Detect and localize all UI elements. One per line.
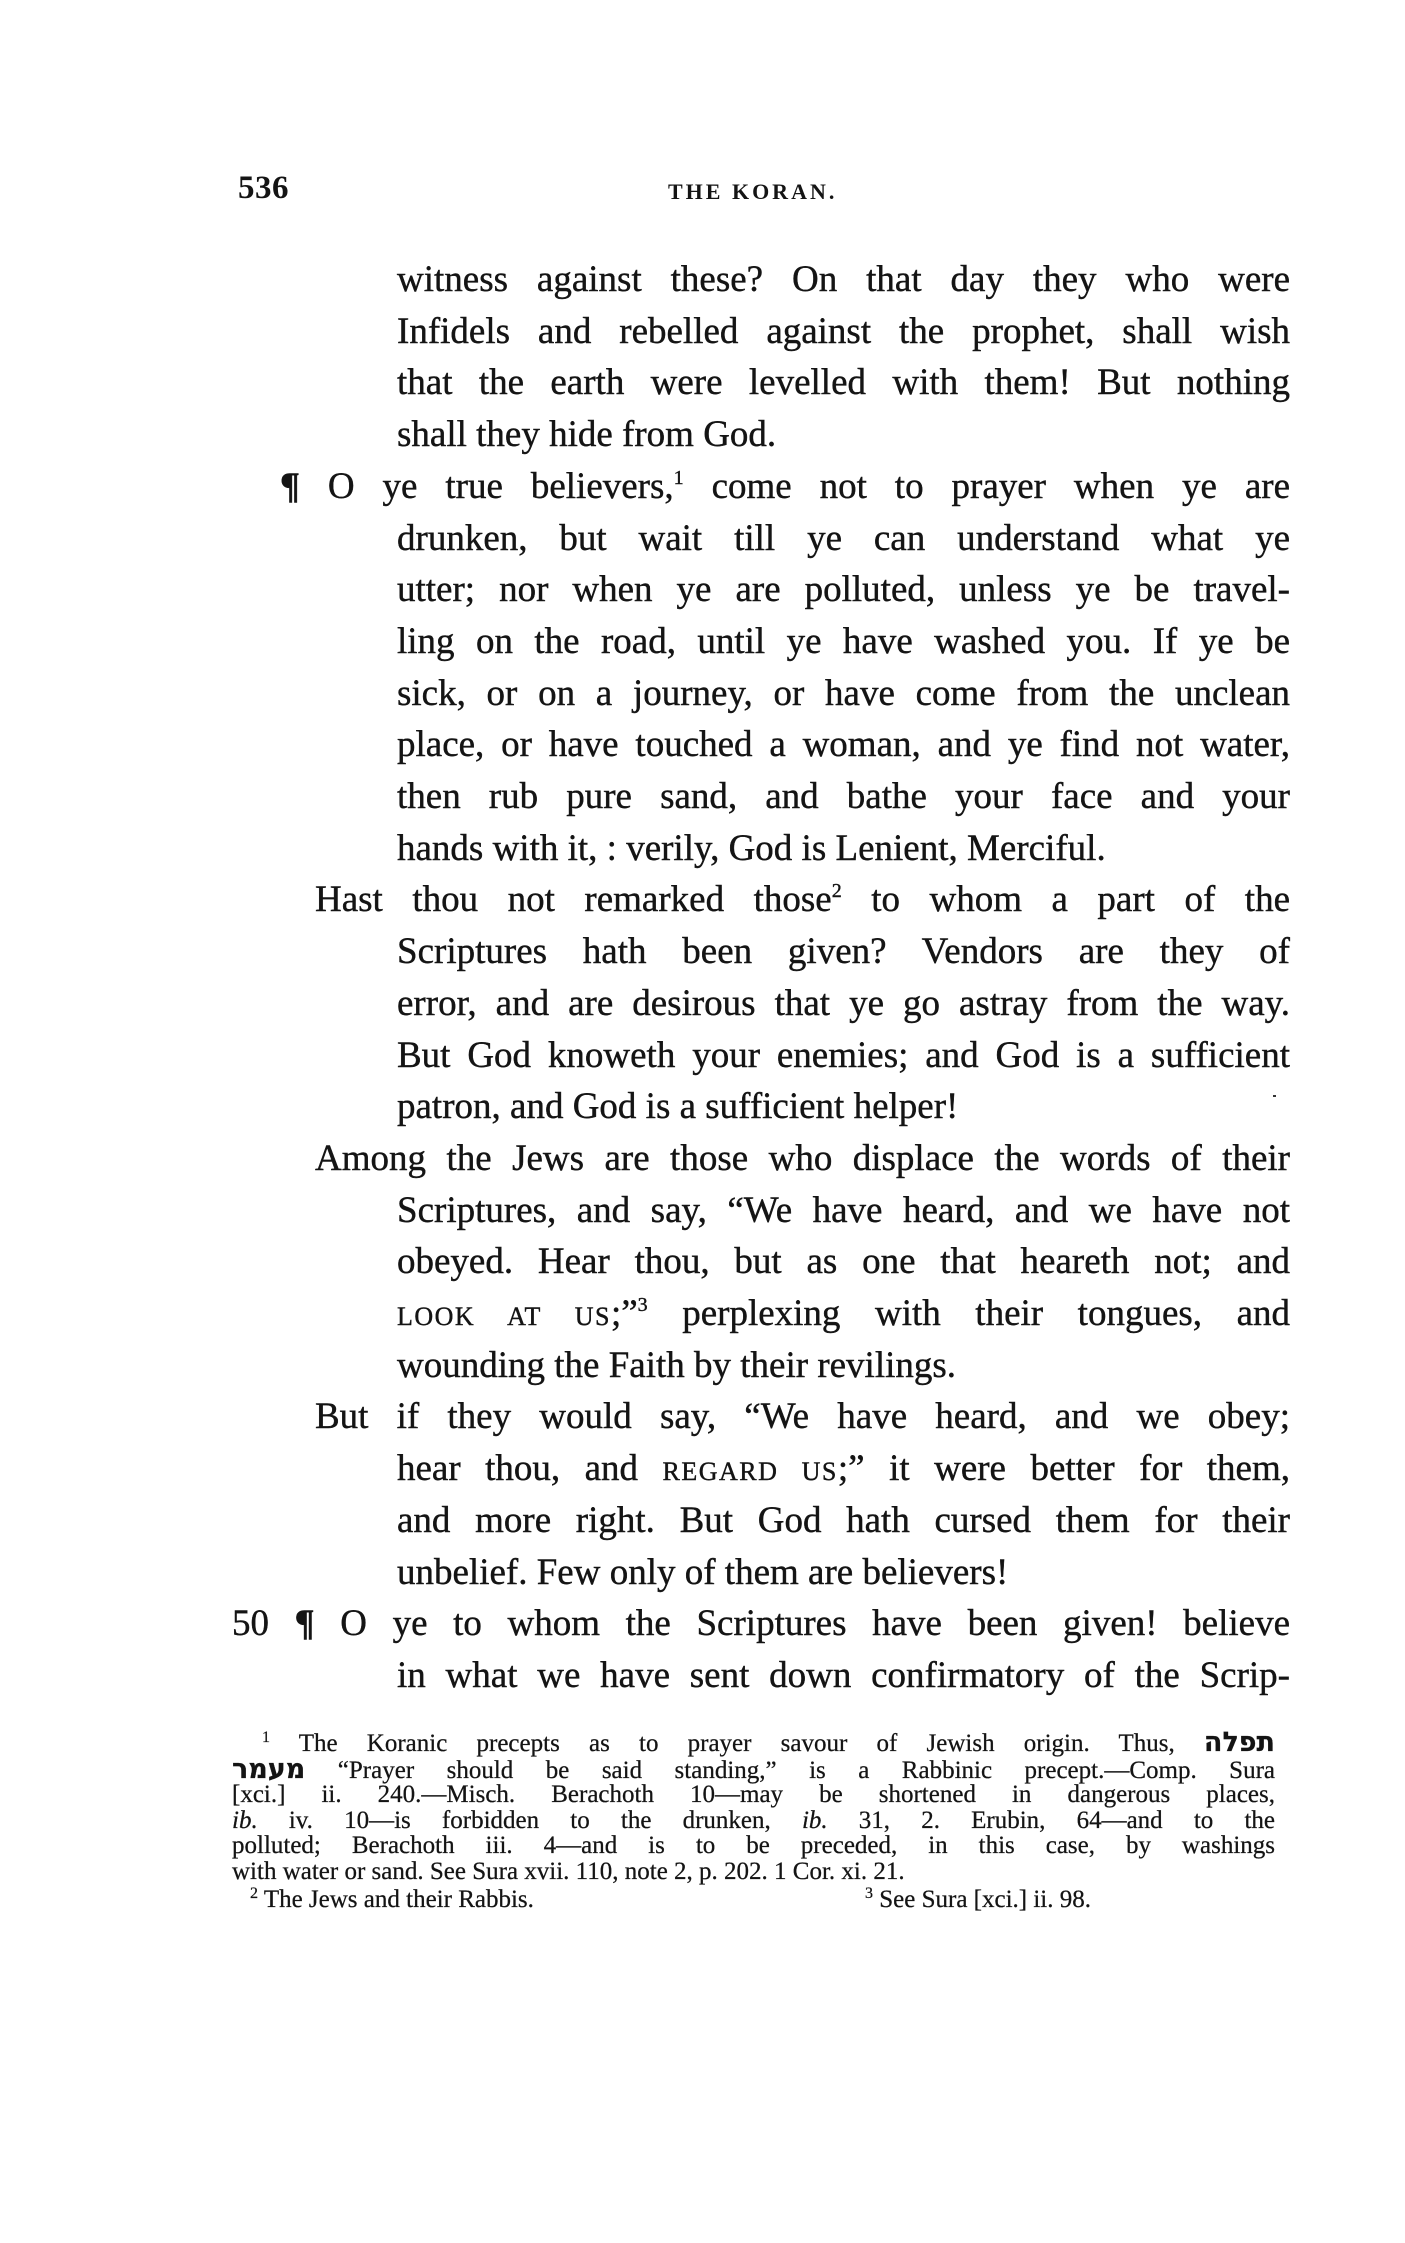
footnote-marker-1: 1 bbox=[262, 1729, 270, 1746]
footnote-ref-3[interactable]: 3 bbox=[638, 1294, 648, 1316]
text-line: utter; nor when ye are polluted, unless … bbox=[397, 564, 1290, 616]
paragraph-start-line: Among the Jews are those who displace th… bbox=[315, 1133, 1290, 1185]
footnote-text: with water or sand. See Sura xvii. 110, … bbox=[232, 1858, 905, 1885]
text-line: drunken, but wait till ye can understand… bbox=[397, 513, 1290, 565]
footnote-1-line: [xci.] ii. 240.—Misch. Berachoth 10—may … bbox=[232, 1782, 1275, 1808]
text-line: shall they hide from God. bbox=[397, 409, 1290, 461]
running-head: 536 THE KORAN. bbox=[0, 168, 1405, 208]
footnote-text: polluted; Berachoth iii. 4—and is to be … bbox=[232, 1832, 1275, 1859]
running-title: THE KORAN. bbox=[668, 172, 837, 212]
paragraph-start-line: But if they would say, “We have heard, a… bbox=[315, 1391, 1290, 1443]
hebrew-word: תפלה bbox=[1204, 1727, 1275, 1758]
footnote-1-line: polluted; Berachoth iii. 4—and is to be … bbox=[232, 1833, 1275, 1859]
text-line: place, or have touched a woman, and ye f… bbox=[397, 719, 1290, 771]
line-text: ;” bbox=[611, 1293, 638, 1334]
line-text: to whom a part of the bbox=[842, 879, 1290, 920]
text-line: then rub pure sand, and bathe your face … bbox=[397, 771, 1290, 823]
footnote-1-line: ib. iv. 10—is forbidden to the drunken, … bbox=[232, 1808, 1275, 1834]
text-line: hands with it, : verily, God is Lenient,… bbox=[397, 823, 1290, 875]
line-text: sick, or on a journey, or have come from… bbox=[397, 673, 1290, 714]
footnote-1-line: מעמר “Prayer should be said standing,” i… bbox=[232, 1757, 1275, 1783]
line-text: O ye to whom the Scriptures have been gi… bbox=[340, 1603, 1290, 1644]
text-line: error, and are desirous that ye go astra… bbox=[397, 978, 1290, 1030]
line-text: Scriptures hath been given? Vendors are … bbox=[397, 931, 1290, 972]
line-text: ling on the road, until ye have washed y… bbox=[397, 621, 1290, 662]
line-text: Hast thou not remarked those bbox=[315, 879, 832, 920]
footnote-italic: ib. bbox=[232, 1807, 258, 1834]
line-text: witness against these? On that day they … bbox=[397, 259, 1290, 300]
footnote-text: [xci.] ii. 240.—Misch. Berachoth 10—may … bbox=[232, 1781, 1275, 1808]
text-line: look at us;”3 perplexing with their tong… bbox=[397, 1288, 1290, 1340]
text-line: and more right. But God hath cursed them… bbox=[397, 1495, 1290, 1547]
footnote-1-line: with water or sand. See Sura xvii. 110, … bbox=[232, 1859, 1275, 1885]
footnote-1-line: 1 The Koranic precepts as to prayer savo… bbox=[262, 1730, 1275, 1756]
book-page: 536 THE KORAN. witness against these? On… bbox=[0, 0, 1405, 2243]
footnote-ref-2[interactable]: 2 bbox=[832, 880, 842, 902]
footnote-italic: ib. bbox=[802, 1807, 828, 1834]
line-text: ;” it were better for them, bbox=[838, 1448, 1290, 1489]
footnote-2: 2 The Jews and their Rabbis. bbox=[250, 1887, 534, 1913]
footnote-text: iv. 10—is forbidden to the drunken, bbox=[258, 1807, 802, 1834]
line-text: hear thou, and bbox=[397, 1448, 663, 1489]
text-line: unbelief. Few only of them are believers… bbox=[397, 1547, 1290, 1599]
small-caps-text: look at us bbox=[397, 1302, 611, 1331]
line-text: in what we have sent down confirmatory o… bbox=[397, 1655, 1290, 1696]
footnote-text: See Sura [xci.] ii. 98. bbox=[879, 1886, 1091, 1913]
pilcrow-icon: ¶ bbox=[295, 1603, 315, 1644]
line-text: But God knoweth your enemies; and God is… bbox=[397, 1035, 1290, 1076]
text-line: wounding the Faith by their revilings. bbox=[397, 1340, 1290, 1392]
line-text: error, and are desirous that ye go astra… bbox=[397, 983, 1290, 1024]
line-text: obeyed. Hear thou, but as one that heare… bbox=[397, 1241, 1290, 1282]
text-line: witness against these? On that day they … bbox=[397, 254, 1290, 306]
page-number: 536 bbox=[238, 168, 289, 208]
paragraph-start-line: Hast thou not remarked those2 to whom a … bbox=[315, 874, 1290, 926]
footnote-text: 31, 2. Erubin, 64—and to the bbox=[828, 1807, 1275, 1834]
footnote-marker-2: 2 bbox=[250, 1885, 258, 1902]
line-text: But if they would say, “We have heard, a… bbox=[315, 1396, 1290, 1437]
line-text: unbelief. Few only of them are believers… bbox=[397, 1552, 1008, 1593]
line-text: hands with it, : verily, God is Lenient,… bbox=[397, 828, 1106, 869]
line-text: that the earth were levelled with them! … bbox=[397, 362, 1290, 403]
text-line: Scriptures hath been given? Vendors are … bbox=[397, 926, 1290, 978]
text-line: ling on the road, until ye have washed y… bbox=[397, 616, 1290, 668]
footnote-text: The Koranic precepts as to prayer savour… bbox=[299, 1730, 1175, 1757]
text-line: hear thou, and regard us;” it were bette… bbox=[397, 1443, 1290, 1495]
footnote-3: 3 See Sura [xci.] ii. 98. bbox=[865, 1887, 1091, 1913]
verse-number: 50 bbox=[232, 1603, 269, 1644]
hebrew-word: מעמר bbox=[232, 1754, 305, 1785]
line-text: come not to prayer when ye are bbox=[684, 466, 1290, 507]
paragraph-start-line: ¶ O ye true believers,1 come not to pray… bbox=[280, 461, 1290, 513]
footnote-text: The Jews and their Rabbis. bbox=[264, 1886, 534, 1913]
line-text: Scriptures, and say, “We have heard, and… bbox=[397, 1190, 1290, 1231]
verse-start-line: 50 ¶ O ye to whom the Scriptures have be… bbox=[232, 1598, 1290, 1650]
footnote-marker-3: 3 bbox=[865, 1885, 873, 1902]
line-text: O ye true believers, bbox=[328, 466, 674, 507]
scan-speck bbox=[1273, 1095, 1276, 1097]
text-line: in what we have sent down confirmatory o… bbox=[397, 1650, 1290, 1702]
text-line: patron, and God is a sufficient helper! bbox=[397, 1081, 1290, 1133]
line-text: place, or have touched a woman, and ye f… bbox=[397, 724, 1290, 765]
footnote-text: “Prayer should be said standing,” is a R… bbox=[305, 1757, 1275, 1784]
line-text: shall they hide from God. bbox=[397, 414, 776, 455]
line-text: utter; nor when ye are polluted, unless … bbox=[397, 569, 1290, 610]
text-line: obeyed. Hear thou, but as one that heare… bbox=[397, 1236, 1290, 1288]
text-line: Scriptures, and say, “We have heard, and… bbox=[397, 1185, 1290, 1237]
line-text: wounding the Faith by their revilings. bbox=[397, 1345, 956, 1386]
text-line: But God knoweth your enemies; and God is… bbox=[397, 1030, 1290, 1082]
pilcrow-icon: ¶ bbox=[280, 466, 300, 507]
footnote-ref-1[interactable]: 1 bbox=[674, 467, 684, 489]
line-text: then rub pure sand, and bathe your face … bbox=[397, 776, 1290, 817]
line-text: patron, and God is a sufficient helper! bbox=[397, 1086, 958, 1127]
text-line: sick, or on a journey, or have come from… bbox=[397, 668, 1290, 720]
small-caps-text: regard us bbox=[663, 1457, 838, 1486]
text-line: Infidels and rebelled against the prophe… bbox=[397, 306, 1290, 358]
line-text: and more right. But God hath cursed them… bbox=[397, 1500, 1290, 1541]
line-text: Infidels and rebelled against the prophe… bbox=[397, 311, 1290, 352]
line-text: perplexing with their tongues, and bbox=[648, 1293, 1290, 1334]
text-line: that the earth were levelled with them! … bbox=[397, 357, 1290, 409]
line-text: drunken, but wait till ye can understand… bbox=[397, 518, 1290, 559]
line-text: Among the Jews are those who displace th… bbox=[315, 1138, 1290, 1179]
